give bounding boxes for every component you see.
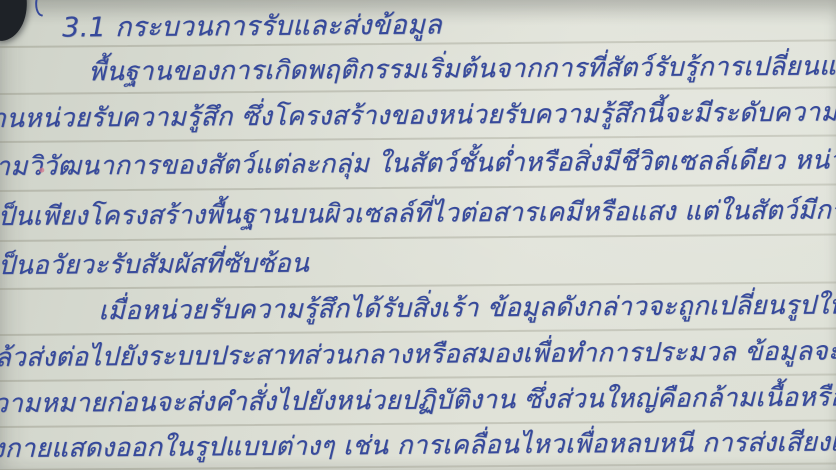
pink-speck xyxy=(39,168,44,173)
handwritten-line: ป็นเพียงโครงสร้างพื้นฐานบนผิวเซลล์ที่ไวต… xyxy=(0,193,836,233)
handwritten-line: ามวิวัฒนาการของสัตว์แต่ละกลุ่ม ในสัตว์ชั… xyxy=(0,143,836,183)
stray-ink-mark xyxy=(32,0,47,17)
ruled-line xyxy=(0,327,836,337)
notebook-photo: 3.1 กระบวนการรับและส่งข้อมูล พื้นฐานของก… xyxy=(0,0,836,470)
handwritten-line: งกายแสดงออกในรูปแบบต่างๆ เช่น การเคลื่อน… xyxy=(0,425,836,465)
handwritten-line: เมื่อหน่วยรับความรู้สึกได้รับสิ่งเร้า ข้… xyxy=(98,288,836,328)
ruled-line xyxy=(0,134,836,144)
section-heading: 3.1 กระบวนการรับและส่งข้อมูล xyxy=(62,9,442,46)
handwritten-line: ล้วส่งต่อไปยังระบบประสาทส่วนกลางหรือสมอง… xyxy=(0,334,836,375)
handwritten-line: ป็นอวัยวะรับสัมผัสที่ซับซ้อน xyxy=(0,248,309,283)
ruled-line xyxy=(0,183,836,193)
ruled-line xyxy=(0,373,836,383)
paper-page: 3.1 กระบวนการรับและส่งข้อมูล พื้นฐานของก… xyxy=(0,0,836,470)
handwritten-line: ่านหน่วยรับความรู้สึก ซึ่งโครงสร้างของหน… xyxy=(0,95,836,135)
handwritten-line: พื้นฐานของการเกิดพฤติกรรมเริ่มต้นจากการท… xyxy=(88,50,836,89)
handwritten-line: วามหมายก่อนจะส่งคำสั่งไปยังหน่วยปฏิบัติง… xyxy=(0,380,836,420)
ruled-line xyxy=(0,233,836,243)
ruled-line xyxy=(0,281,836,291)
